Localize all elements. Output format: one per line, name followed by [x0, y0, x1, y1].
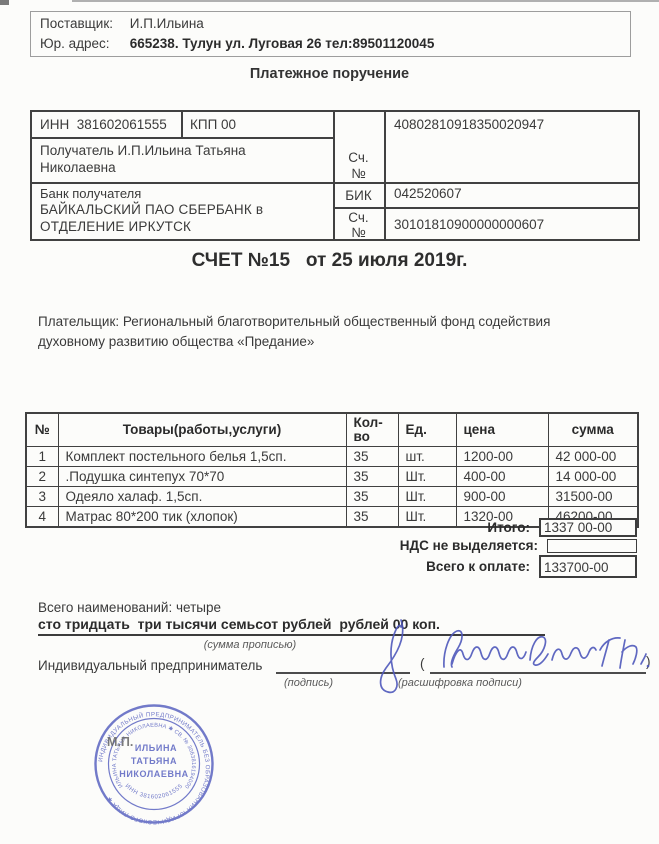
account-label: Сч. №: [333, 150, 384, 182]
table-divider: [333, 207, 638, 209]
kpp-value: КПП 00: [190, 117, 236, 132]
bank-label: Банк получателя: [40, 186, 141, 201]
itogo-value: 1337 00-00: [539, 518, 637, 537]
vsego-label: Всего к оплате:: [25, 559, 539, 575]
address-label: Юр. адрес:: [40, 34, 126, 54]
corr-account-number: 30101810900000000607: [394, 217, 544, 232]
items-table: № Товары(работы,услуги) Кол-во Ед. цена …: [25, 412, 639, 528]
itogo-label: Итого:: [25, 520, 539, 536]
scan-artifact-top-line: [72, 0, 659, 2]
stamp-mp-label: М.П.: [107, 735, 133, 749]
totals-block: Итого: 1337 00-00 НДС не выделяется: Все…: [25, 518, 637, 578]
names-count: Всего наименований: четыре: [38, 600, 221, 615]
bank-details-table: ИНН 381602061555 КПП 00 Получатель И.П.И…: [30, 110, 640, 241]
supplier-value: И.П.Ильина: [130, 16, 204, 31]
table-row: 2 .Подушка синтепух 70*70 35 Шт. 400-00 …: [26, 467, 638, 487]
signature-stroke: [600, 638, 620, 666]
nds-label: НДС не выделяется:: [25, 538, 547, 554]
bik-label: БИК: [333, 188, 384, 203]
signature-stroke: [620, 640, 637, 668]
vsego-value: 133700-00: [539, 555, 637, 578]
supplier-box: Поставщик: И.П.Ильина Юр. адрес: 665238.…: [30, 11, 631, 57]
paren-open: (: [420, 656, 425, 671]
supplier-label: Поставщик:: [40, 14, 126, 34]
total-row-vsego: Всего к оплате: 133700-00: [25, 555, 637, 578]
account-number: 40802810918350020947: [394, 117, 544, 132]
table-divider: [32, 182, 638, 184]
col-header-number: №: [26, 413, 58, 447]
svg-text:ИНН 381602061555: ИНН 381602061555: [124, 783, 185, 800]
table-divider: [32, 137, 333, 139]
signature-hint: (подпись): [284, 677, 333, 689]
col-header-sum: сумма: [548, 413, 638, 447]
total-row-itogo: Итого: 1337 00-00: [25, 518, 637, 537]
signature-stroke: [452, 647, 526, 664]
stamp-center-line3: НИКОЛАЕВНА: [119, 769, 189, 779]
stamp-center-line1: ИЛЬИНА: [135, 743, 177, 753]
table-divider: [181, 112, 183, 137]
signature-stroke: [444, 631, 462, 667]
address-row: Юр. адрес: 665238. Тулун ул. Луговая 26 …: [40, 34, 626, 54]
paren-close: ): [646, 654, 651, 669]
col-header-qty: Кол-во: [346, 413, 398, 447]
items-header-row: № Товары(работы,услуги) Кол-во Ед. цена …: [26, 413, 638, 447]
address-value: 665238. Тулун ул. Луговая 26 тел:8950112…: [130, 36, 435, 51]
col-header-unit: Ед.: [398, 413, 456, 447]
inn-value: ИНН 381602061555: [40, 117, 167, 132]
table-row: 3 Одеяло халаф. 1,5сп. 35 Шт. 900-00 315…: [26, 487, 638, 507]
total-row-nds: НДС не выделяется:: [25, 538, 637, 554]
supplier-row: Поставщик: И.П.Ильина: [40, 14, 626, 34]
signature-stroke: [552, 648, 596, 660]
entrepreneur-label: Индивидуальный предприниматель: [38, 658, 262, 673]
invoice-title: СЧЕТ №15 от 25 июля 2019г.: [0, 250, 659, 272]
recipient-name: Получатель И.П.Ильина Татьяна Николаевна: [40, 142, 323, 176]
stamp-center-line2: ТАТЬЯНА: [131, 756, 177, 766]
table-divider: [384, 112, 386, 239]
signature-line: [276, 672, 410, 674]
company-stamp: ИНДИВИДУАЛЬНЫЙ ПРЕДПРИНИМАТЕЛЬ БЕЗ ОБРАЗ…: [79, 689, 229, 839]
stamp-inn-text: ИНН 381602061555: [124, 783, 185, 800]
amount-words-hint: (сумма прописью): [180, 639, 320, 651]
signature-stroke: [530, 637, 548, 665]
scan-artifact-corner: [0, 0, 9, 5]
signature-line: [430, 672, 646, 674]
payment-order-title: Платежное поручение: [0, 66, 659, 82]
table-row: 1 Комплект постельного белья 1,5сп. 35 ш…: [26, 447, 638, 467]
bik-value: 042520607: [394, 186, 462, 201]
bank-name-line1: БАЙКАЛЬСКИЙ ПАО СБЕРБАНК в: [40, 202, 263, 217]
payer-paragraph: Плательщик: Региональный благотворительн…: [38, 312, 613, 351]
col-header-price: цена: [456, 413, 548, 447]
col-header-goods: Товары(работы,услуги): [58, 413, 346, 447]
corr-account-label: Сч. №: [333, 210, 384, 240]
bank-name-line2: ОТДЕЛЕНИЕ ИРКУТСК: [40, 219, 191, 234]
items-table-container: № Товары(работы,услуги) Кол-во Ед. цена …: [25, 412, 639, 528]
amount-in-words: сто тридцать три тысячи семьсот рублей р…: [38, 616, 545, 636]
invoice-document: Поставщик: И.П.Ильина Юр. адрес: 665238.…: [0, 0, 659, 844]
signature-decryption-hint: (расшифровка подписи): [398, 677, 522, 689]
nds-value: [547, 539, 637, 553]
